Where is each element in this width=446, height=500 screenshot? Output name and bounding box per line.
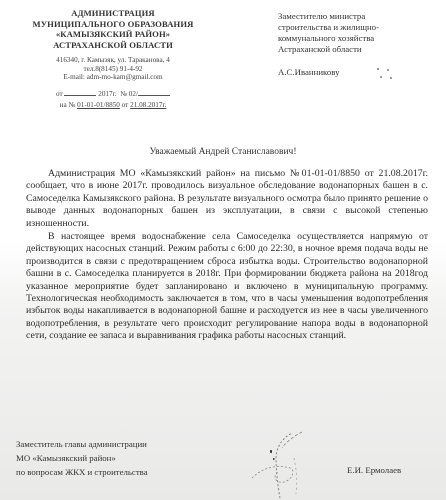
reply-number: 01-01-01/8850 (77, 101, 120, 109)
outgoing-date-blank (64, 88, 96, 96)
body-paragraph: В настоящее время водоснабжение села Сам… (26, 231, 428, 343)
signature-position: Заместитель главы администрации МО «Камы… (16, 437, 148, 479)
org-line: «КАМЫЗЯКСКИЙ РАЙОН» (18, 29, 208, 40)
reply-number-prefix: на № (60, 101, 76, 109)
signer-name: Е.И. Ермолаев (347, 465, 401, 475)
outgoing-number-prefix: № 02/ (120, 90, 138, 98)
recipient-line: Заместителю министра (278, 11, 438, 22)
body-paragraph: Администрация МО «Камызякский район» на … (26, 168, 428, 230)
org-line: АДМИНИСТРАЦИЯ (18, 8, 208, 19)
sender-address: 416340, г. Камызяк, ул. Тараканова, 4 (18, 56, 208, 65)
reply-date-prefix: от (122, 101, 129, 109)
letter-page: АДМИНИСТРАЦИЯ МУНИЦИПАЛЬНОГО ОБРАЗОВАНИЯ… (0, 0, 446, 500)
sender-phone: тел.8(8145) 91-4-92 (18, 65, 208, 74)
outgoing-year: 2017г. (98, 90, 116, 98)
position-line: МО «Камызякский район» (16, 451, 148, 465)
position-line: по вопросам ЖКХ и строительства (16, 465, 148, 479)
outgoing-reference: от 2017г. № 02/ (18, 88, 208, 100)
recipient-line: коммунального хозяйства (278, 33, 438, 44)
outgoing-number-blank (138, 88, 170, 96)
recipient-block: Заместителю министра строительства и жил… (278, 11, 438, 78)
sender-letterhead: АДМИНИСТРАЦИЯ МУНИЦИПАЛЬНОГО ОБРАЗОВАНИЯ… (18, 8, 208, 111)
letter-body: Администрация МО «Камызякский район» на … (26, 168, 428, 343)
letter-references: от 2017г. № 02/ на № 01-01-01/8850 от 21… (18, 88, 208, 111)
outgoing-date-prefix: от (56, 90, 63, 98)
sender-email: E-mail: adm-mo-kam@gmail.com (18, 73, 208, 82)
org-line: АСТРАХАНСКОЙ ОБЛАСТИ (18, 40, 208, 51)
position-line: Заместитель главы администрации (16, 437, 148, 451)
recipient-line: строительства и жилищно- (278, 22, 438, 33)
org-line: МУНИЦИПАЛЬНОГО ОБРАЗОВАНИЯ (18, 19, 208, 30)
handwritten-signature-icon (232, 428, 327, 500)
recipient-line: Астраханской области (278, 44, 438, 55)
recipient-name: А.С.Иванникову (278, 67, 438, 78)
sender-contacts: 416340, г. Камызяк, ул. Тараканова, 4 те… (18, 56, 208, 82)
reply-date: 21.08.2017г. (130, 101, 166, 109)
reply-reference: на № 01-01-01/8850 от 21.08.2017г. (18, 100, 208, 111)
salutation: Уважаемый Андрей Станиславович! (0, 147, 446, 157)
sender-organization: АДМИНИСТРАЦИЯ МУНИЦИПАЛЬНОГО ОБРАЗОВАНИЯ… (18, 8, 208, 50)
registration-dots-icon (375, 66, 395, 82)
